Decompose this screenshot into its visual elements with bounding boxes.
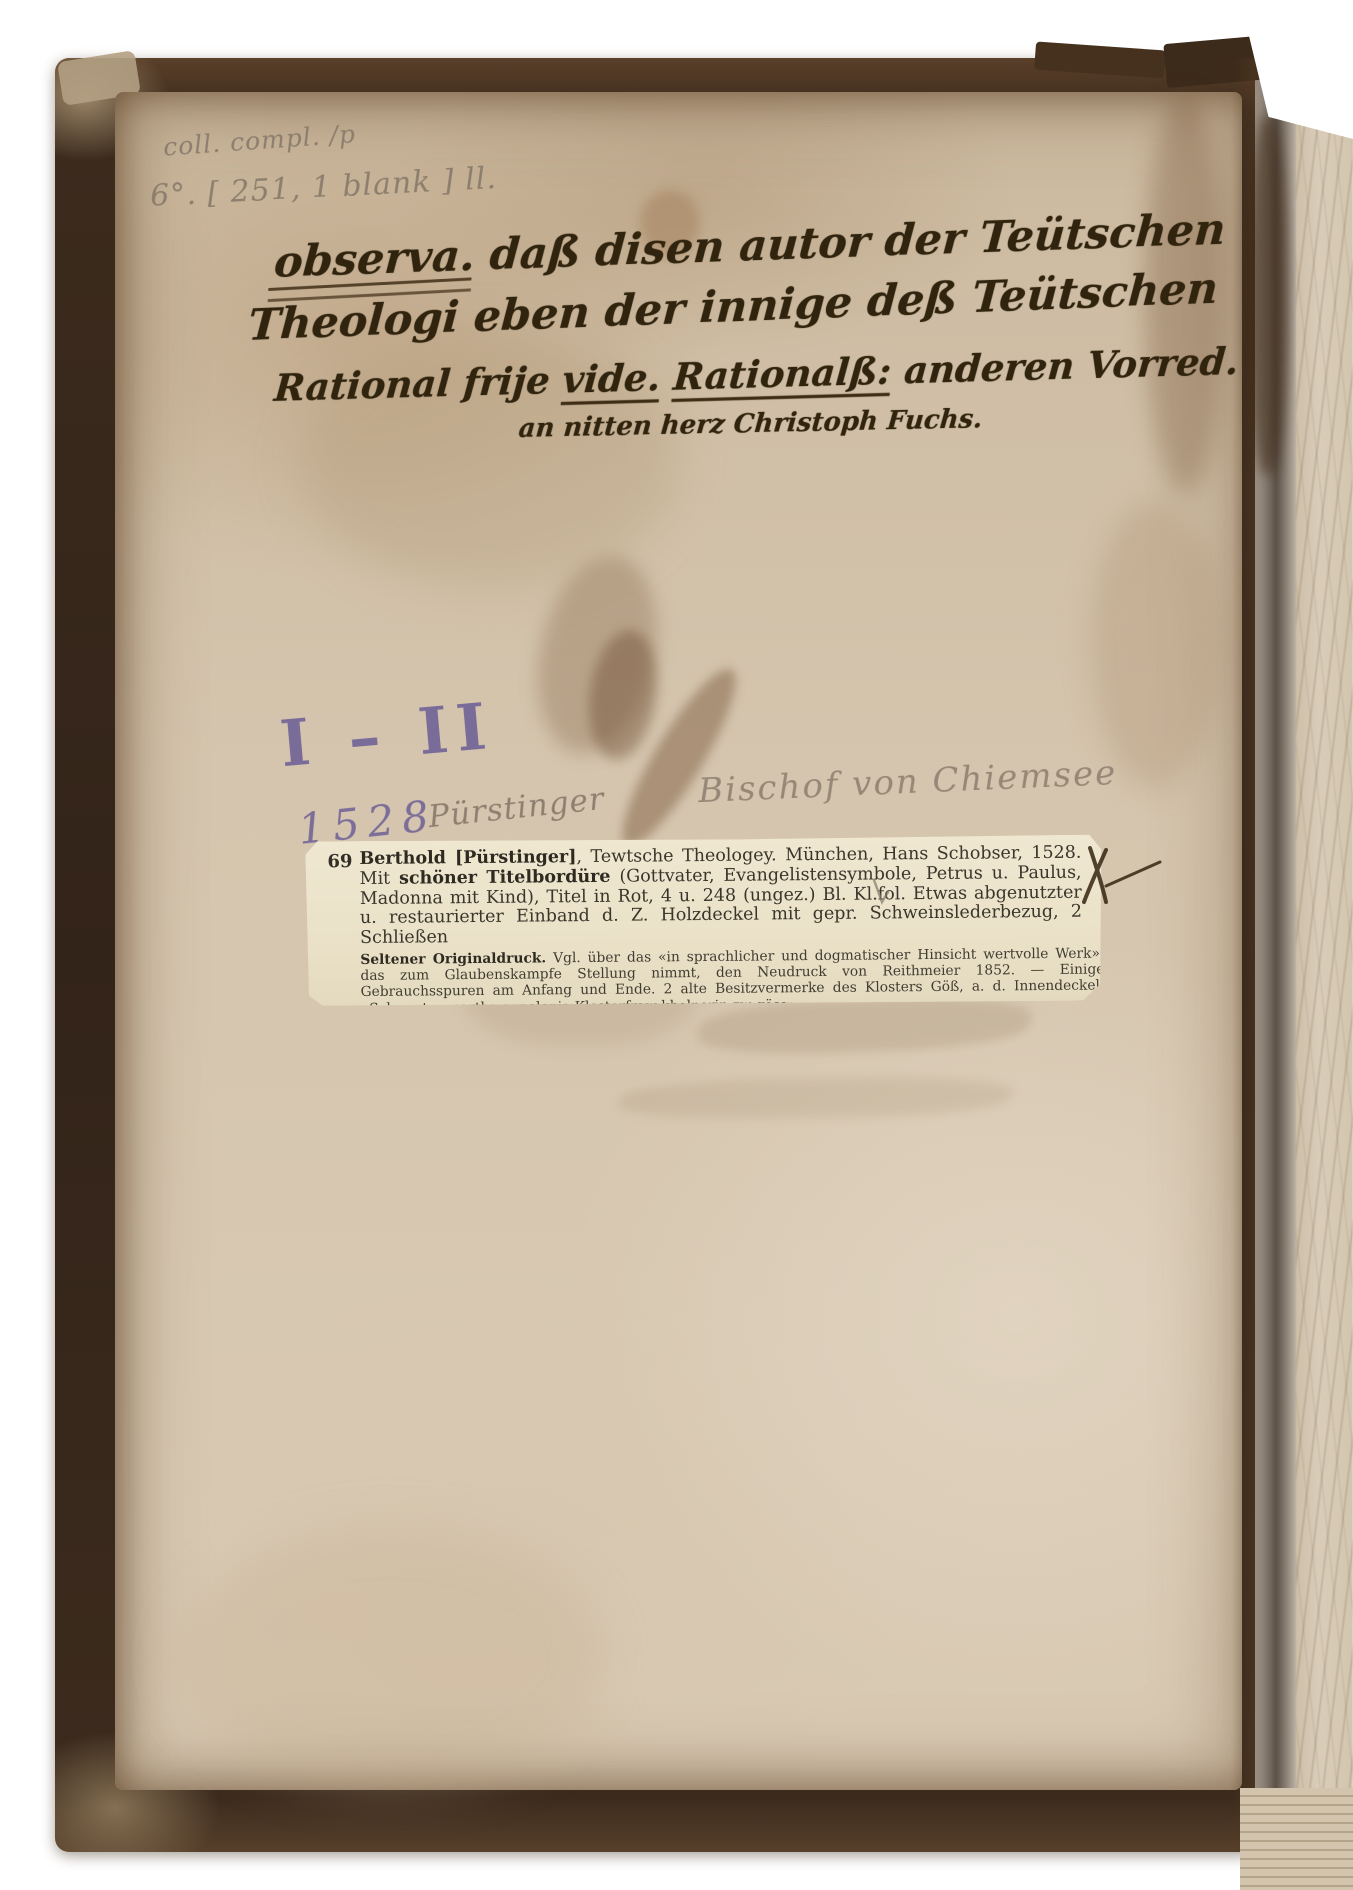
book-photo: coll. compl. /p 6°. [ 251, 1 blank ] ll.…: [0, 0, 1353, 1890]
author-name-bold: Berthold [Pürstinger]: [359, 847, 576, 869]
flyleaf-page: [1296, 80, 1353, 1890]
clipping-description: Berthold [Pürstinger], Tewtsche Theologe…: [359, 844, 1082, 949]
gutter-stain: [1248, 115, 1288, 475]
lot-number: 69: [327, 851, 352, 872]
pencil-tick: [868, 878, 892, 912]
ink-x-mark: [1076, 840, 1166, 912]
underlined-word: vide.: [561, 355, 662, 402]
catalog-clipping: 69 Berthold [Pürstinger], Tewtsche Theol…: [305, 835, 1102, 1008]
underlined-word: observa.: [272, 231, 476, 288]
ink-text: Rational frije: [273, 358, 565, 410]
note-lead-bold: Seltener Originaldruck.: [360, 950, 546, 968]
underlined-word: Rationalß:: [672, 349, 893, 399]
border-bold: schöner Titelbordüre: [399, 867, 611, 889]
page-edges: [1240, 1788, 1353, 1890]
